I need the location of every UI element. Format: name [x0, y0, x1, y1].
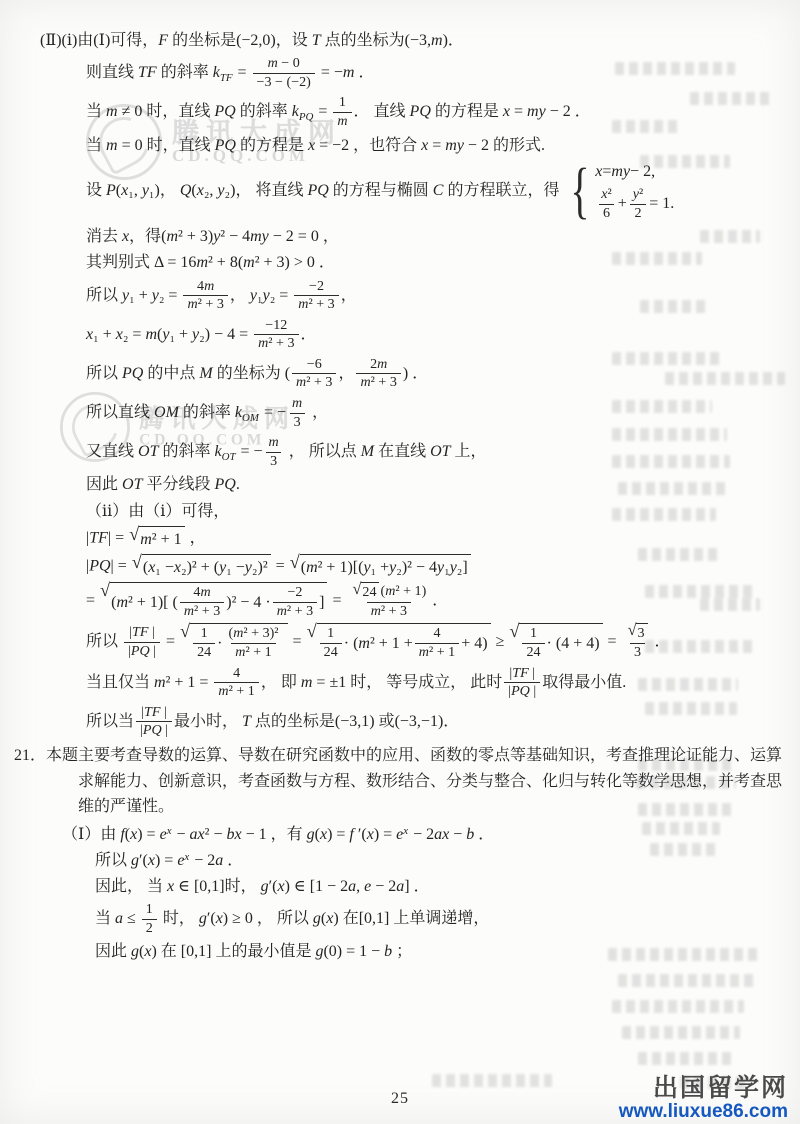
doc-line: 21．本题主要考查导数的运算、导数在研究函数中的应用、函数的零点等基础知识，考查…	[0, 743, 800, 820]
document-body: (Ⅱ)(ⅰ)由(Ⅰ)可得，F 的坐标是(−2,0)，设 T 点的坐标为(−3,m…	[0, 0, 800, 964]
scanned-exam-page: 腾讯大成网 CD.QQ.COM 腾讯大成网 CD.QQ.COM (Ⅱ)(ⅰ)由(…	[0, 0, 800, 1124]
doc-line: 当 a ≤ 12 时， g′(x) ≥ 0 ， 所以 g(x) 在[0,1] 上…	[0, 901, 800, 937]
doc-line: 其判别式 Δ = 16m² + 8(m² + 3) > 0 ．	[0, 251, 800, 274]
doc-line: 所以 |TF ||PQ | = √124 · (m² + 3)²m² + 1 =…	[0, 623, 800, 661]
doc-line: 则直线 TF 的斜率 kTF = m − 0−3 − (−2) = −m ．	[0, 55, 800, 91]
doc-line: 因此， 当 x ∈ [0,1]时， g′(x) ∈ [1 − 2a, e − 2…	[0, 875, 800, 898]
doc-line: |PQ| = √(x₁ − x₂)² + (y₁ − y₂)² = √(m² +…	[0, 554, 800, 579]
doc-line: 所以 PQ 的中点 M 的坐标为 (−6m² + 3，2mm² + 3) ．	[0, 356, 800, 392]
liuxue-site-url: www.liuxue86.com	[619, 1102, 788, 1121]
doc-line: 当 m ≠ 0 时，直线 PQ 的斜率 kPQ = 1m． 直线 PQ 的方程是…	[0, 94, 800, 130]
doc-line: 当 m = 0 时，直线 PQ 的方程是 x = −2 ，也符合 x = my …	[0, 134, 800, 157]
doc-line: = √(m² + 1)[ (4mm² + 3)² − 4 · −2m² + 3 …	[0, 582, 800, 620]
doc-line: （ⅱ）由（ⅰ）可得，	[0, 500, 800, 523]
doc-line: |TF| = √m² + 1 ，	[0, 526, 800, 551]
bleed-mark	[638, 1052, 734, 1065]
doc-line: 当且仅当 m² + 1 = 4m² + 1， 即 m = ±1 时， 等号成立，…	[0, 665, 800, 701]
bleed-mark	[432, 1074, 552, 1087]
doc-line: 所以当|TF ||PQ |最小时， T 点的坐标是(−3,1) 或(−3,−1)…	[0, 704, 800, 740]
doc-line: 所以直线 OM 的斜率 kOM = −m3 ，	[0, 395, 800, 431]
doc-line: 因此 g(x) 在 [0,1] 上的最小值是 g(0) = 1 − b ；	[0, 940, 800, 963]
watermark-liuxue: 出国留学网 www.liuxue86.com	[619, 1076, 788, 1121]
doc-line: 又直线 OT 的斜率 kOT = −m3 ， 所以点 M 在直线 OT 上，	[0, 434, 800, 470]
doc-line: 设 P(x₁, y₁)， Q(x₂, y₂)， 将直线 PQ 的方程与椭圆 C …	[0, 160, 800, 222]
doc-line: x₁ + x₂ = m(y₁ + y₂) − 4 = −12m² + 3．	[0, 317, 800, 353]
liuxue-site-name: 出国留学网	[619, 1076, 788, 1102]
doc-line: (Ⅱ)(ⅰ)由(Ⅰ)可得，F 的坐标是(−2,0)，设 T 点的坐标为(−3,m…	[0, 29, 800, 52]
doc-line: 所以 g′(x) = ex − 2a ．	[0, 849, 800, 872]
bleed-mark	[622, 1026, 740, 1039]
bleed-mark	[618, 974, 758, 987]
doc-line: 消去 x，得(m² + 3)y² − 4my − 2 = 0 ，	[0, 225, 800, 248]
doc-line: 因此 OT 平分线段 PQ.	[0, 473, 800, 496]
doc-line: 所以 y₁ + y₂ = 4mm² + 3， y₁y₂ = −2m² + 3，	[0, 278, 800, 314]
doc-line: （Ⅰ）由 f(x) = ex − ax² − bx − 1 ，有 g(x) = …	[0, 823, 800, 846]
bleed-mark	[612, 1000, 744, 1013]
